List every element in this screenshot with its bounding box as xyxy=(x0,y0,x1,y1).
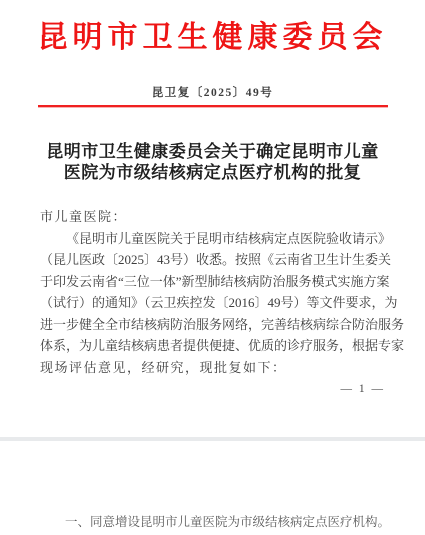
document-number: 昆卫复〔2025〕49号 xyxy=(0,84,425,100)
document-title: 昆明市卫生健康委员会关于确定昆明市儿童 医院为市级结核病定点医疗机构的批复 xyxy=(0,141,425,183)
document-page-1: 昆明市卫生健康委员会 昆卫复〔2025〕49号 昆明市卫生健康委员会关于确定昆明… xyxy=(0,0,425,437)
page-number: — 1 — xyxy=(341,383,386,395)
document-title-line-2: 医院为市级结核病定点医疗机构的批复 xyxy=(0,162,425,183)
body-line: （试行）的通知》（云卫疾控发〔2016〕49号）等文件要求，为 xyxy=(40,292,388,314)
body-line: 体系，为儿童结核病患者提供便捷、优质的诊疗服务，根据专家 xyxy=(40,335,388,357)
salutation: 市儿童医院： xyxy=(40,206,388,228)
document-body: 市儿童医院： 《昆明市儿童医院关于昆明市结核病定点医院验收请示》 （昆儿医政〔2… xyxy=(40,206,388,378)
red-divider-line xyxy=(38,105,388,107)
body-line: 进一步健全全市结核病防治服务网络，完善结核病综合防治服务 xyxy=(40,314,388,336)
body-line: 现场评估意见，经研究，现批复如下： xyxy=(40,357,388,379)
document-title-line-1: 昆明市卫生健康委员会关于确定昆明市儿童 xyxy=(0,141,425,162)
body-line: （昆儿医政〔2025〕43号）收悉。按照《云南省卫生计生委关 xyxy=(40,249,388,271)
next-page-first-line: 一、同意增设昆明市儿童医院为市级结核病定点医疗机构。 xyxy=(40,514,388,531)
document-page-2: 一、同意增设昆明市儿童医院为市级结核病定点医疗机构。 xyxy=(0,441,425,535)
body-line: 于印发云南省“三位一体”新型肺结核病防治服务模式实施方案 xyxy=(40,271,388,293)
body-line: 《昆明市儿童医院关于昆明市结核病定点医院验收请示》 xyxy=(40,228,388,250)
agency-header: 昆明市卫生健康委员会 xyxy=(0,12,425,56)
